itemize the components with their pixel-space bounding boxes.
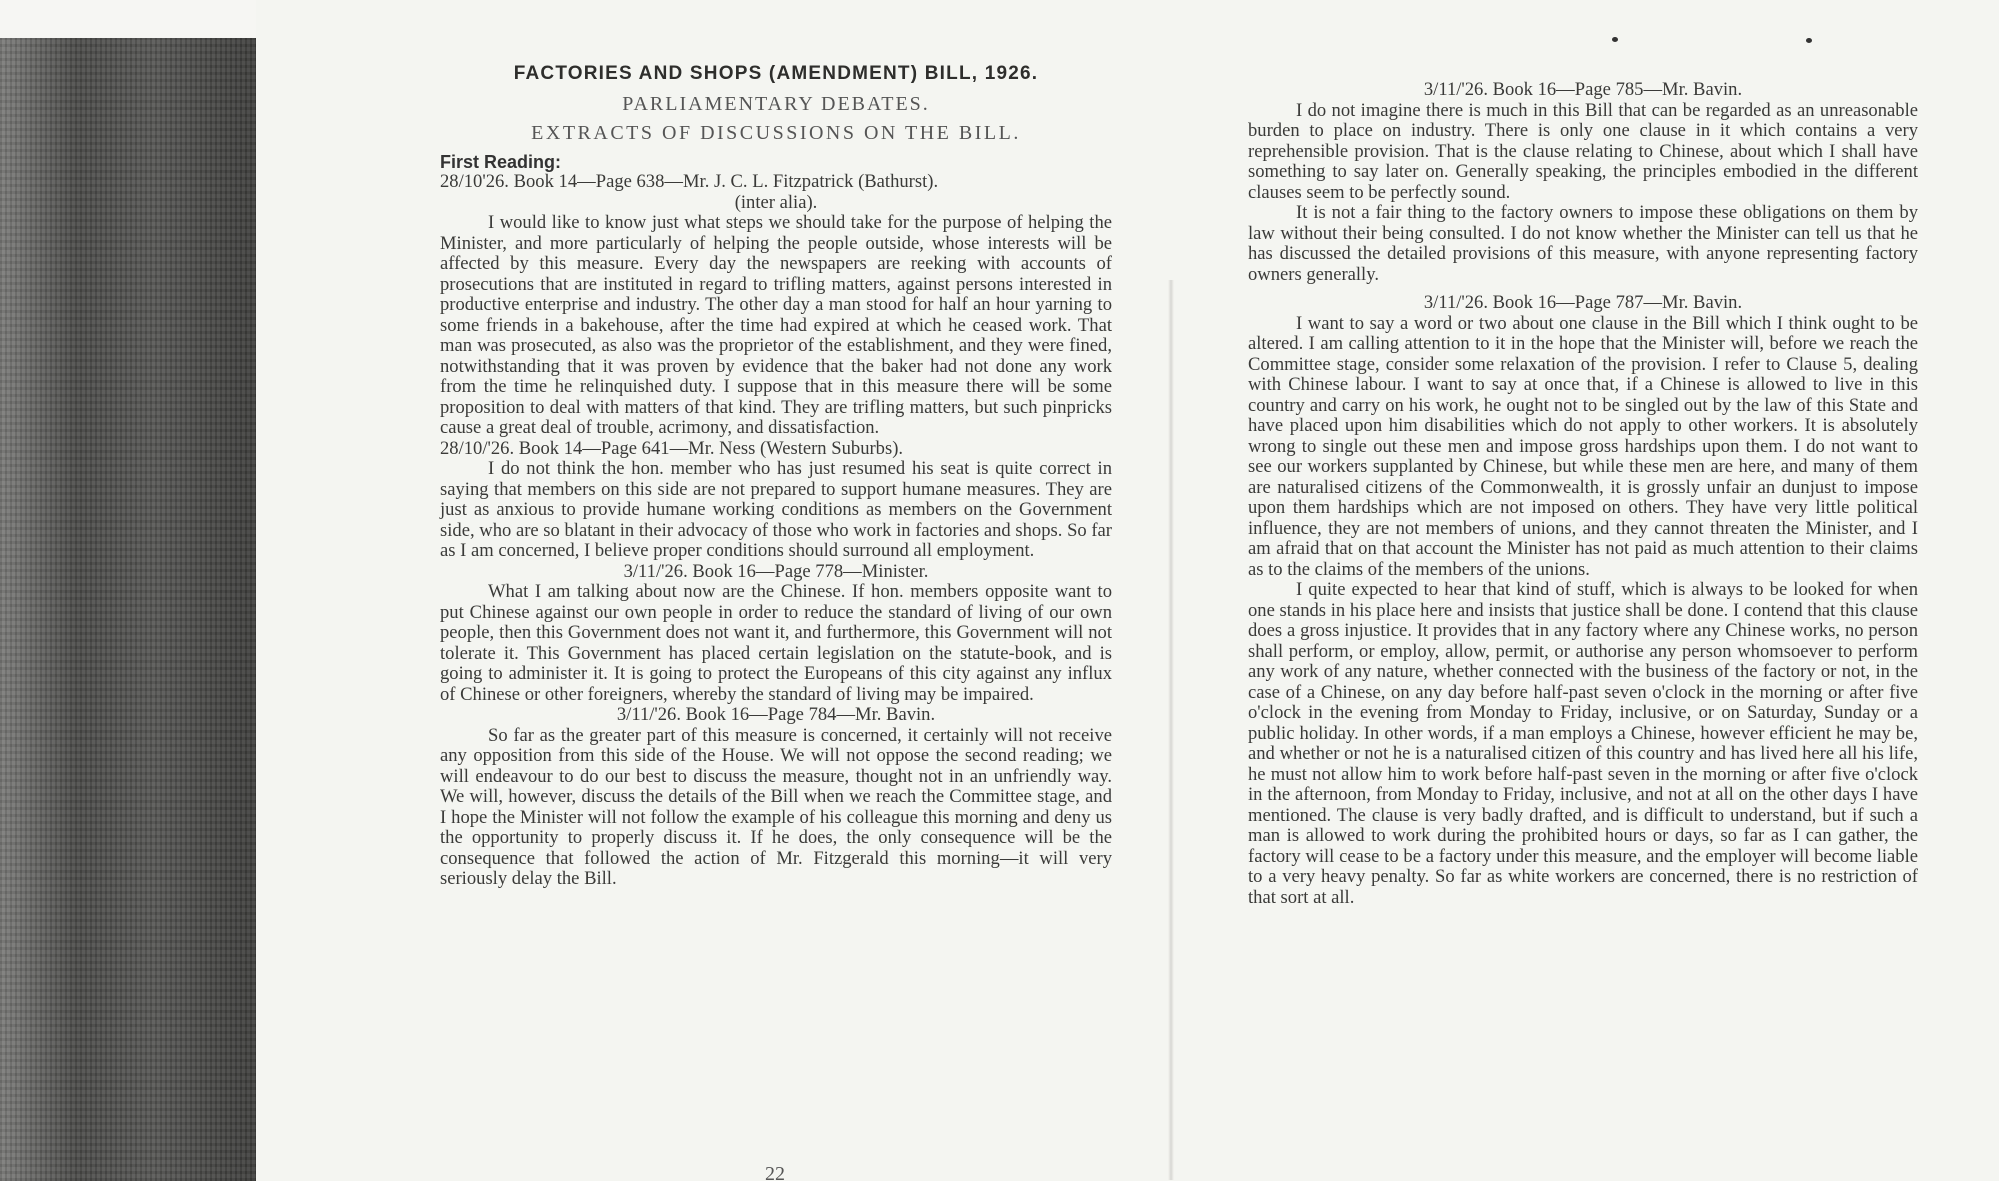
- entry-paragraph: I quite expected to hear that kind of st…: [1248, 580, 1918, 908]
- first-reading-label: First Reading:: [440, 152, 1112, 173]
- entry-paragraph: I do not think the hon. member who has j…: [440, 459, 1112, 562]
- entry-reference: 3/11/'26. Book 16—Page 787—Mr. Bavin.: [1248, 293, 1918, 314]
- book-binding-shadow: [0, 38, 256, 1181]
- entry-paragraph: So far as the greater part of this measu…: [440, 726, 1112, 890]
- entry-subnote: (inter alia).: [440, 193, 1112, 214]
- page-number: 22: [765, 1163, 785, 1181]
- entry-fitzpatrick: 28/10'26. Book 14—Page 638—Mr. J. C. L. …: [440, 172, 1112, 439]
- entry-bavin-787: 3/11/'26. Book 16—Page 787—Mr. Bavin. I …: [1248, 293, 1918, 908]
- entry-reference: 28/10/'26. Book 14—Page 641—Mr. Ness (We…: [440, 439, 1112, 460]
- entry-bavin-785: 3/11/'26. Book 16—Page 785—Mr. Bavin. I …: [1248, 80, 1918, 285]
- section-heading: EXTRACTS OF DISCUSSIONS ON THE BILL.: [440, 123, 1112, 144]
- document-title: FACTORIES AND SHOPS (AMENDMENT) BILL, 19…: [440, 64, 1112, 85]
- entry-paragraph: It is not a fair thing to the factory ow…: [1248, 203, 1918, 285]
- scan-margin: [0, 0, 256, 38]
- entry-paragraph: I want to say a word or two about one cl…: [1248, 314, 1918, 581]
- entry-reference: 3/11/'26. Book 16—Page 778—Minister.: [440, 562, 1112, 583]
- left-column: FACTORIES AND SHOPS (AMENDMENT) BILL, 19…: [440, 64, 1112, 890]
- entry-minister: 3/11/'26. Book 16—Page 778—Minister. Wha…: [440, 562, 1112, 706]
- entry-paragraph: I would like to know just what steps we …: [440, 213, 1112, 439]
- entry-ness: 28/10/'26. Book 14—Page 641—Mr. Ness (We…: [440, 439, 1112, 562]
- entry-reference: 28/10'26. Book 14—Page 638—Mr. J. C. L. …: [440, 172, 1112, 193]
- entry-paragraph: I do not imagine there is much in this B…: [1248, 101, 1918, 204]
- document-subtitle: PARLIAMENTARY DEBATES.: [440, 94, 1112, 115]
- page-gutter: [1168, 280, 1174, 1180]
- right-column: 3/11/'26. Book 16—Page 785—Mr. Bavin. I …: [1248, 80, 1918, 908]
- entry-bavin-784: 3/11/'26. Book 16—Page 784—Mr. Bavin. So…: [440, 705, 1112, 890]
- entry-reference: 3/11/'26. Book 16—Page 784—Mr. Bavin.: [440, 705, 1112, 726]
- entry-paragraph: What I am talking about now are the Chin…: [440, 582, 1112, 705]
- entry-reference: 3/11/'26. Book 16—Page 785—Mr. Bavin.: [1248, 80, 1918, 101]
